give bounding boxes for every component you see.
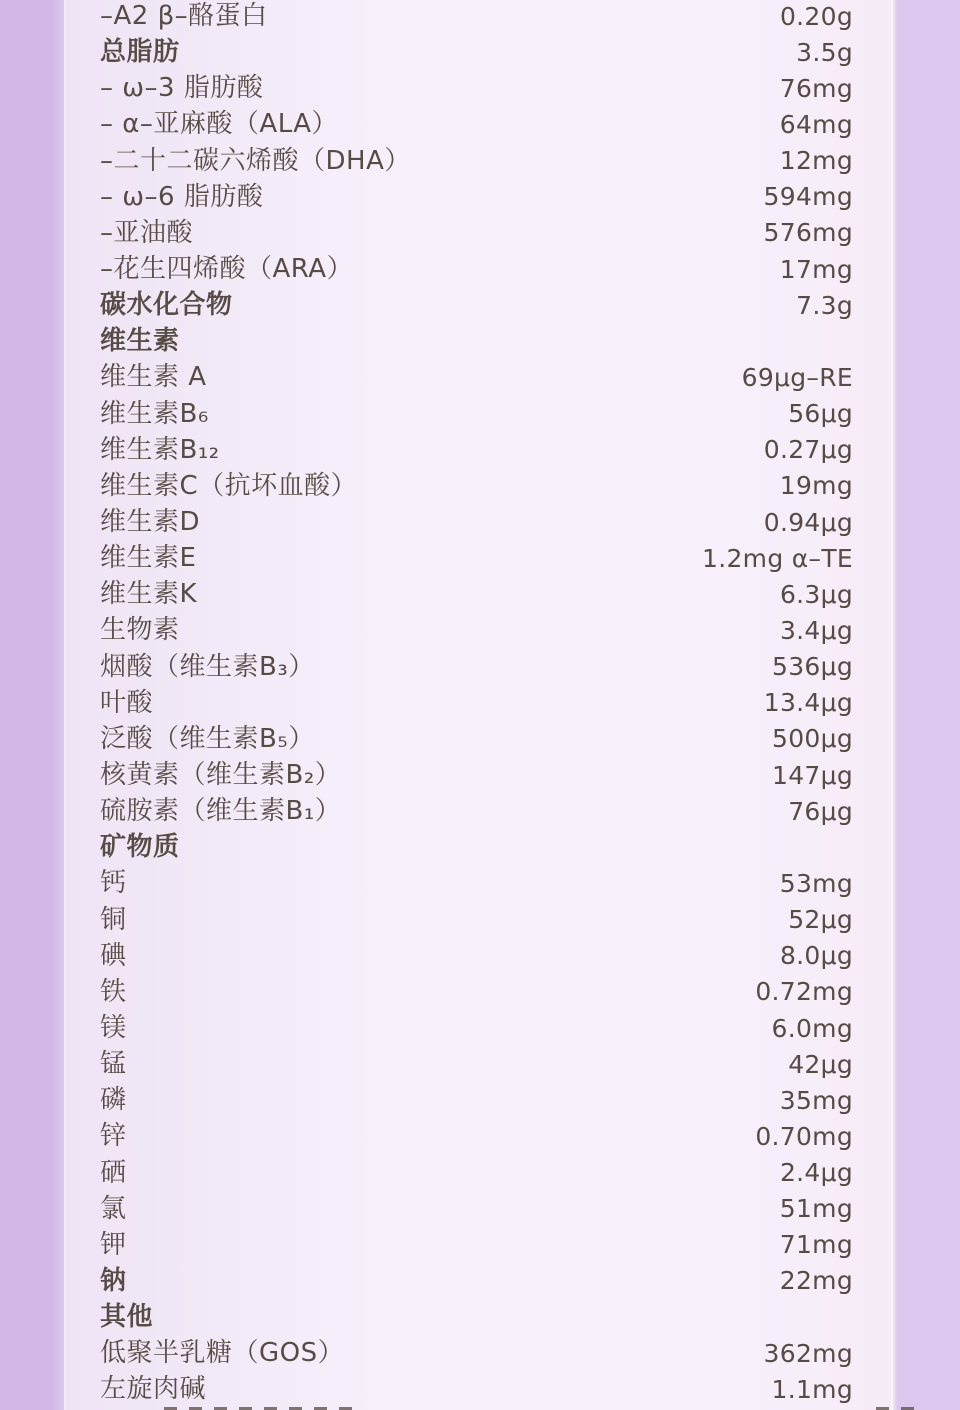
right-margin-strip	[893, 0, 960, 1410]
nutrient-label: 核黄素（维生素B₂）	[100, 762, 341, 788]
nutrient-value: 71mg	[780, 1232, 853, 1257]
nutrient-label: 锌	[100, 1123, 127, 1149]
nutrient-label: 钠	[100, 1268, 127, 1294]
rows: –A2 β–酪蛋白 0.20g 总脂肪 3.5g – ω–3 脂肪酸 76mg …	[64, 0, 893, 1407]
nutrition-row: 磷 35mg	[64, 1082, 893, 1118]
section-header-row: 维生素	[64, 323, 893, 359]
nutrient-value: 6.3μg	[780, 582, 853, 607]
nutrient-label: 维生素B₁₂	[100, 437, 220, 463]
nutrient-value: 6.0mg	[772, 1016, 853, 1041]
nutrition-row: 镁 6.0mg	[64, 1010, 893, 1046]
nutrient-label: 维生素	[100, 328, 180, 354]
nutrient-label: 叶酸	[100, 690, 153, 716]
nutrient-value: 76mg	[780, 76, 853, 101]
nutrient-label: 碘	[100, 943, 127, 969]
nutrient-value: 69μg–RE	[742, 365, 853, 390]
nutrient-label: 维生素B₆	[100, 401, 209, 427]
nutrient-label: 铜	[100, 907, 127, 933]
nutrition-row: – α–亚麻酸（ALA） 64mg	[64, 106, 893, 142]
nutrient-value: 51mg	[780, 1196, 853, 1221]
nutrient-label: 维生素E	[100, 545, 196, 571]
nutrient-label: 维生素D	[100, 509, 200, 535]
nutrient-value: 0.94μg	[764, 510, 853, 535]
nutrition-row: 碘 8.0μg	[64, 938, 893, 974]
nutrition-row: 总脂肪 3.5g	[64, 34, 893, 70]
nutrient-value: 42μg	[788, 1052, 853, 1077]
nutrient-value: 594mg	[764, 184, 853, 209]
nutrition-row: – ω–3 脂肪酸 76mg	[64, 70, 893, 106]
nutrient-label: –A2 β–酪蛋白	[100, 3, 268, 29]
nutrition-row: 维生素D 0.94μg	[64, 504, 893, 540]
nutrient-value: 12mg	[780, 148, 853, 173]
nutrition-row: 铁 0.72mg	[64, 974, 893, 1010]
nutrient-value: 64mg	[780, 112, 853, 137]
nutrition-row: 硫胺素（维生素B₁） 76μg	[64, 793, 893, 829]
nutrition-row: 左旋肉碱 1.1mg	[64, 1371, 893, 1407]
nutrition-row: 维生素B₁₂ 0.27μg	[64, 432, 893, 468]
nutrient-value: 22mg	[780, 1268, 853, 1293]
nutrition-row: 维生素B₆ 56μg	[64, 396, 893, 432]
nutrient-label: 氯	[100, 1196, 127, 1222]
nutrition-row: 钠 22mg	[64, 1263, 893, 1299]
nutrient-label: 钾	[100, 1232, 127, 1258]
nutrition-row: 烟酸（维生素B₃） 536μg	[64, 649, 893, 685]
nutrient-label: 硫胺素（维生素B₁）	[100, 798, 341, 824]
nutrient-label: –花生四烯酸（ARA）	[100, 256, 353, 282]
nutrient-label: 生物素	[100, 617, 180, 643]
nutrient-value: 536μg	[772, 654, 853, 679]
nutrient-value: 3.5g	[796, 40, 853, 65]
nutrient-value: 52μg	[788, 907, 853, 932]
nutrition-row: 锌 0.70mg	[64, 1118, 893, 1154]
nutrient-label: 其他	[100, 1304, 153, 1330]
nutrient-label: 碳水化合物	[100, 292, 233, 318]
nutrient-value: 362mg	[764, 1341, 853, 1366]
left-margin-strip	[0, 0, 64, 1410]
nutrient-value: 147μg	[772, 763, 853, 788]
nutrient-value: 2.4μg	[780, 1160, 853, 1185]
nutrition-row: 低聚半乳糖（GOS） 362mg	[64, 1335, 893, 1371]
nutrition-row: 氯 51mg	[64, 1191, 893, 1227]
nutrient-label: 磷	[100, 1087, 127, 1113]
nutrient-label: – ω–3 脂肪酸	[100, 75, 263, 101]
nutrition-row: 硒 2.4μg	[64, 1155, 893, 1191]
section-header-row: 其他	[64, 1299, 893, 1335]
nutrient-label: 维生素C（抗坏血酸）	[100, 473, 357, 499]
section-header-row: 矿物质	[64, 829, 893, 865]
nutrient-label: –二十二碳六烯酸（DHA）	[100, 148, 411, 174]
nutrition-row: 叶酸 13.4μg	[64, 685, 893, 721]
nutrient-label: – α–亚麻酸（ALA）	[100, 111, 338, 137]
nutrient-label: 镁	[100, 1015, 127, 1041]
nutrient-label: 维生素K	[100, 581, 197, 607]
nutrient-value: 76μg	[788, 799, 853, 824]
nutrient-value: 8.0μg	[780, 943, 853, 968]
nutrition-label-image: –A2 β–酪蛋白 0.20g 总脂肪 3.5g – ω–3 脂肪酸 76mg …	[0, 0, 960, 1410]
nutrient-label: –亚油酸	[100, 220, 193, 246]
nutrition-row: 核黄素（维生素B₂） 147μg	[64, 757, 893, 793]
nutrient-value: 0.27μg	[764, 437, 853, 462]
nutrition-row: 泛酸（维生素B₅） 500μg	[64, 721, 893, 757]
nutrient-label: 锰	[100, 1051, 127, 1077]
nutrient-value: 0.70mg	[755, 1124, 853, 1149]
nutrient-value: 0.72mg	[755, 979, 853, 1004]
nutrient-value: 35mg	[780, 1088, 853, 1113]
nutrient-label: 泛酸（维生素B₅）	[100, 726, 315, 752]
nutrient-label: 钙	[100, 870, 127, 896]
nutrient-label: 硒	[100, 1160, 127, 1186]
nutrient-value: 576mg	[764, 220, 853, 245]
nutrient-label: 铁	[100, 979, 127, 1005]
nutrient-label: 维生素 A	[100, 364, 207, 390]
nutrition-row: 维生素E 1.2mg α–TE	[64, 540, 893, 576]
nutrient-value: 7.3g	[796, 293, 853, 318]
nutrition-row: –A2 β–酪蛋白 0.20g	[64, 0, 893, 34]
nutrient-label: 总脂肪	[100, 39, 180, 65]
nutrition-row: 钙 53mg	[64, 865, 893, 901]
nutrient-label: 矿物质	[100, 834, 180, 860]
nutrition-row: –花生四烯酸（ARA） 17mg	[64, 251, 893, 287]
nutrient-value: 3.4μg	[780, 618, 853, 643]
nutrition-row: 生物素 3.4μg	[64, 612, 893, 648]
nutrition-row: 维生素 A 69μg–RE	[64, 359, 893, 395]
nutrition-row: 维生素K 6.3μg	[64, 576, 893, 612]
nutrient-value: 19mg	[780, 473, 853, 498]
nutrition-row: 铜 52μg	[64, 902, 893, 938]
nutrient-value: 0.20g	[780, 4, 853, 29]
nutrition-row: –亚油酸 576mg	[64, 215, 893, 251]
nutrient-value: 17mg	[780, 257, 853, 282]
nutrient-value: 500μg	[772, 726, 853, 751]
nutrient-value: 56μg	[788, 401, 853, 426]
nutrient-value: 1.1mg	[772, 1377, 853, 1402]
nutrient-value: 53mg	[780, 871, 853, 896]
nutrition-row: 碳水化合物 7.3g	[64, 287, 893, 323]
nutrient-value: 13.4μg	[764, 690, 853, 715]
nutrition-row: 维生素C（抗坏血酸） 19mg	[64, 468, 893, 504]
nutrition-row: – ω–6 脂肪酸 594mg	[64, 179, 893, 215]
nutrient-label: 左旋肉碱	[100, 1376, 206, 1402]
nutrient-label: 低聚半乳糖（GOS）	[100, 1340, 344, 1366]
nutrition-row: 锰 42μg	[64, 1046, 893, 1082]
nutrient-label: – ω–6 脂肪酸	[100, 184, 263, 210]
nutrient-label: 烟酸（维生素B₃）	[100, 654, 315, 680]
nutrient-value: 1.2mg α–TE	[702, 546, 853, 571]
nutrition-panel: –A2 β–酪蛋白 0.20g 总脂肪 3.5g – ω–3 脂肪酸 76mg …	[64, 0, 893, 1410]
nutrition-row: 钾 71mg	[64, 1227, 893, 1263]
nutrition-row: –二十二碳六烯酸（DHA） 12mg	[64, 143, 893, 179]
